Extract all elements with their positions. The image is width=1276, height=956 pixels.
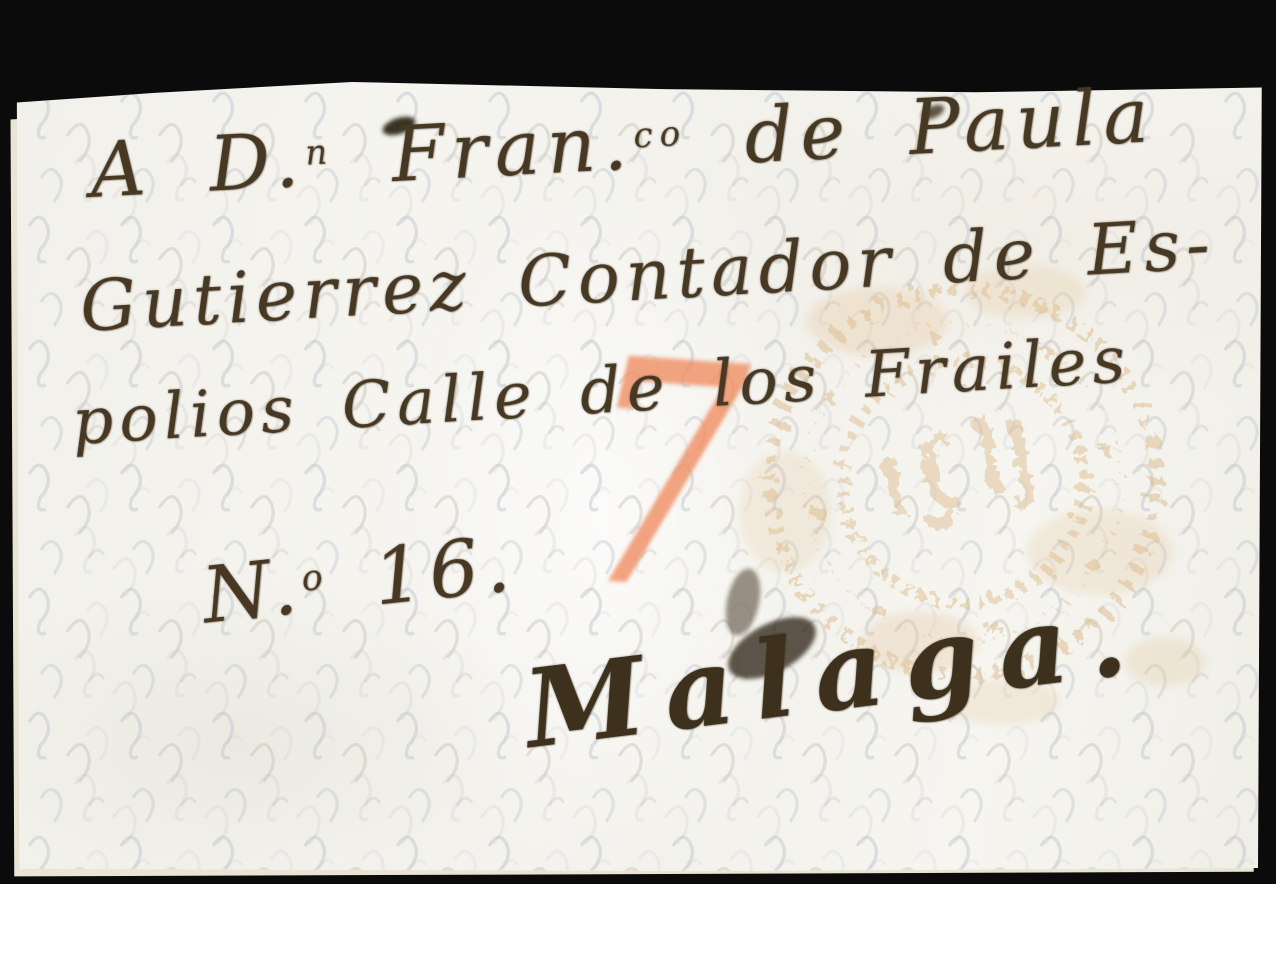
letter-photograph: 7 A D.n Fran.co de Paula Gutierrez Conta… [0,0,1276,956]
